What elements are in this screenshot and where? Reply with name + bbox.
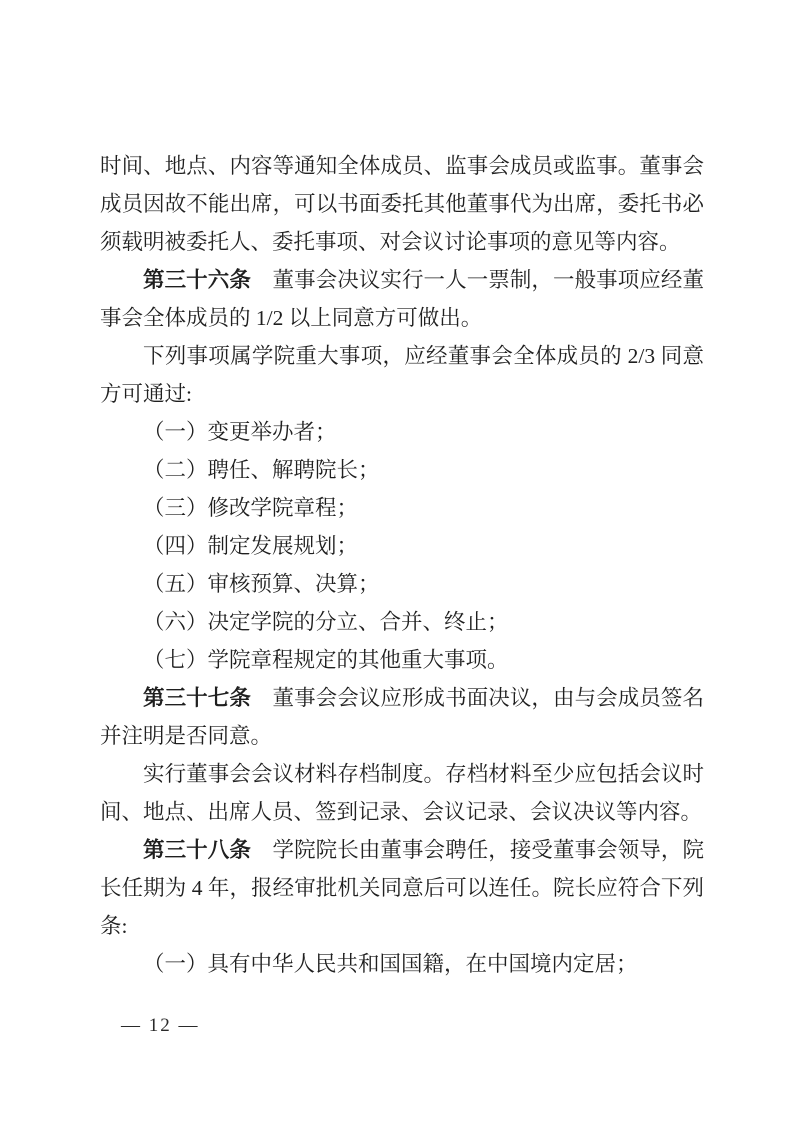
article-text: 学院院长由董事会聘任，接受董事会领导，院 [251,838,704,862]
article-number: 第三十六条 [143,268,251,292]
text-line: 成员因故不能出席，可以书面委托其他董事代为出席，委托书必 [100,185,704,223]
list-item: （二）聘任、解聘院长； [100,451,704,489]
text-line: 事会全体成员的 1/2 以上同意方可做出。 [100,299,704,337]
article-36-heading-line: 第三十六条 董事会决议实行一人一票制，一般事项应经董 [100,261,704,299]
text-line: 间、地点、出席人员、签到记录、会议记录、会议决议等内容。 [100,793,704,831]
article-number: 第三十七条 [143,686,251,710]
list-item: （五）审核预算、决算； [100,565,704,603]
article-text: 董事会会议应形成书面决议，由与会成员签名 [251,686,704,710]
text-line: 长任期为 4 年，报经审批机关同意后可以连任。院长应符合下列 [100,869,704,907]
article-text: 董事会决议实行一人一票制，一般事项应经董 [251,268,704,292]
document-page: 时间、地点、内容等通知全体成员、监事会成员或监事。董事会 成员因故不能出席，可以… [0,0,793,1122]
article-37-heading-line: 第三十七条 董事会会议应形成书面决议，由与会成员签名 [100,679,704,717]
list-item: （七）学院章程规定的其他重大事项。 [100,641,704,679]
text-line: 时间、地点、内容等通知全体成员、监事会成员或监事。董事会 [100,147,704,185]
article-number: 第三十八条 [143,838,251,862]
list-item: （三）修改学院章程； [100,489,704,527]
list-item: （一）具有中华人民共和国国籍，在中国境内定居； [100,945,704,983]
list-item: （四）制定发展规划； [100,527,704,565]
text-line: 须载明被委托人、委托事项、对会议讨论事项的意见等内容。 [100,223,704,261]
text-line: 并注明是否同意。 [100,717,704,755]
list-item: （六）决定学院的分立、合并、终止； [100,603,704,641]
article-38-heading-line: 第三十八条 学院院长由董事会聘任，接受董事会领导，院 [100,831,704,869]
list-item: （一）变更举办者； [100,413,704,451]
document-body: 时间、地点、内容等通知全体成员、监事会成员或监事。董事会 成员因故不能出席，可以… [100,147,704,983]
text-line: 下列事项属学院重大事项，应经董事会全体成员的 2/3 同意 [100,337,704,375]
text-line: 条: [100,907,704,945]
text-line: 实行董事会会议材料存档制度。存档材料至少应包括会议时 [100,755,704,793]
text-line: 方可通过: [100,375,704,413]
page-number: — 12 — [121,1012,200,1040]
